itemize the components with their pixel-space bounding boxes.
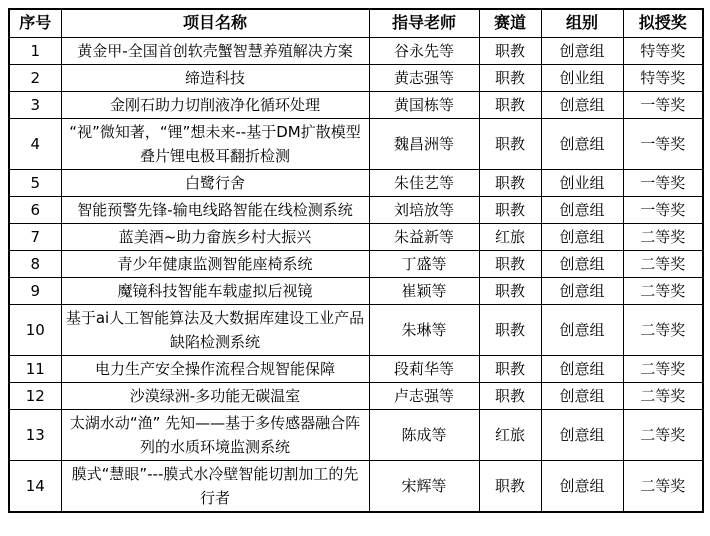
cell-track: 红旅 [479,223,541,250]
cell-project-name: “视”微知著，“锂”想未来--基于DM扩散模型叠片锂电极耳翻折检测 [61,118,369,169]
cell-project-name: 智能预警先锋-输电线路智能在线检测系统 [61,196,369,223]
cell-project-name: 黄金甲-全国首创软壳蟹智慧养殖解决方案 [61,37,369,64]
cell-award: 特等奖 [623,64,703,91]
cell-track: 红旅 [479,409,541,460]
cell-group: 创意组 [541,304,623,355]
cell-project-name: 缔造科技 [61,64,369,91]
table-row: 1 黄金甲-全国首创软壳蟹智慧养殖解决方案 谷永先等 职教 创意组 特等奖 [9,37,703,64]
column-header-award: 拟授奖 [623,9,703,37]
cell-project-name: 魔镜科技智能车载虚拟后视镜 [61,277,369,304]
cell-project-name: 太湖水动“渔” 先知——基于多传感器融合阵列的水质环境监测系统 [61,409,369,460]
cell-award: 二等奖 [623,460,703,512]
cell-project-name: 白鹭行舍 [61,169,369,196]
cell-group: 创意组 [541,196,623,223]
table-row: 5 白鹭行舍 朱佳艺等 职教 创业组 一等奖 [9,169,703,196]
cell-advisor: 朱琳等 [369,304,479,355]
cell-index: 8 [9,250,61,277]
cell-group: 创意组 [541,37,623,64]
cell-advisor: 黄国栋等 [369,91,479,118]
cell-track: 职教 [479,196,541,223]
table-row: 4 “视”微知著，“锂”想未来--基于DM扩散模型叠片锂电极耳翻折检测 魏昌洲等… [9,118,703,169]
cell-award: 二等奖 [623,250,703,277]
cell-index: 7 [9,223,61,250]
cell-project-name: 电力生产安全操作流程合规智能保障 [61,355,369,382]
cell-advisor: 魏昌洲等 [369,118,479,169]
cell-index: 9 [9,277,61,304]
cell-award: 二等奖 [623,304,703,355]
column-header-advisor: 指导老师 [369,9,479,37]
cell-award: 二等奖 [623,223,703,250]
column-header-index: 序号 [9,9,61,37]
cell-award: 二等奖 [623,355,703,382]
cell-project-name: 膜式“慧眼”---膜式水冷壁智能切割加工的先行者 [61,460,369,512]
cell-award: 二等奖 [623,409,703,460]
cell-project-name: 基于ai人工智能算法及大数据库建设工业产品缺陷检测系统 [61,304,369,355]
cell-advisor: 崔颖等 [369,277,479,304]
cell-advisor: 陈成等 [369,409,479,460]
table-row: 8 青少年健康监测智能座椅系统 丁盛等 职教 创意组 二等奖 [9,250,703,277]
award-table: 序号 项目名称 指导老师 赛道 组别 拟授奖 1 黄金甲-全国首创软壳蟹智慧养殖… [8,8,704,513]
cell-group: 创意组 [541,91,623,118]
cell-group: 创业组 [541,64,623,91]
cell-award: 一等奖 [623,91,703,118]
cell-advisor: 丁盛等 [369,250,479,277]
cell-group: 创意组 [541,118,623,169]
cell-track: 职教 [479,169,541,196]
cell-advisor: 黄志强等 [369,64,479,91]
cell-track: 职教 [479,250,541,277]
cell-track: 职教 [479,277,541,304]
cell-group: 创意组 [541,277,623,304]
cell-index: 11 [9,355,61,382]
award-table-body: 1 黄金甲-全国首创软壳蟹智慧养殖解决方案 谷永先等 职教 创意组 特等奖 2 … [9,37,703,512]
cell-group: 创意组 [541,382,623,409]
cell-award: 一等奖 [623,118,703,169]
table-row: 14 膜式“慧眼”---膜式水冷壁智能切割加工的先行者 宋辉等 职教 创意组 二… [9,460,703,512]
table-row: 12 沙漠绿洲-多功能无碳温室 卢志强等 职教 创意组 二等奖 [9,382,703,409]
cell-project-name: 青少年健康监测智能座椅系统 [61,250,369,277]
cell-index: 4 [9,118,61,169]
page: 序号 项目名称 指导老师 赛道 组别 拟授奖 1 黄金甲-全国首创软壳蟹智慧养殖… [0,0,710,536]
cell-index: 5 [9,169,61,196]
cell-track: 职教 [479,304,541,355]
cell-advisor: 朱益新等 [369,223,479,250]
column-header-project-name: 项目名称 [61,9,369,37]
cell-project-name: 蓝美酒~助力畲族乡村大振兴 [61,223,369,250]
table-row: 9 魔镜科技智能车载虚拟后视镜 崔颖等 职教 创意组 二等奖 [9,277,703,304]
cell-index: 12 [9,382,61,409]
cell-project-name: 金刚石助力切削液净化循环处理 [61,91,369,118]
column-header-track: 赛道 [479,9,541,37]
cell-advisor: 段莉华等 [369,355,479,382]
cell-award: 二等奖 [623,382,703,409]
cell-advisor: 谷永先等 [369,37,479,64]
cell-index: 14 [9,460,61,512]
cell-award: 一等奖 [623,196,703,223]
cell-group: 创意组 [541,460,623,512]
cell-award: 二等奖 [623,277,703,304]
cell-track: 职教 [479,64,541,91]
table-row: 6 智能预警先锋-输电线路智能在线检测系统 刘培放等 职教 创意组 一等奖 [9,196,703,223]
cell-track: 职教 [479,355,541,382]
cell-advisor: 宋辉等 [369,460,479,512]
cell-award: 特等奖 [623,37,703,64]
cell-advisor: 卢志强等 [369,382,479,409]
cell-index: 6 [9,196,61,223]
cell-index: 1 [9,37,61,64]
cell-group: 创意组 [541,223,623,250]
cell-advisor: 朱佳艺等 [369,169,479,196]
header-row: 序号 项目名称 指导老师 赛道 组别 拟授奖 [9,9,703,37]
cell-index: 3 [9,91,61,118]
award-table-header: 序号 项目名称 指导老师 赛道 组别 拟授奖 [9,9,703,37]
cell-award: 一等奖 [623,169,703,196]
cell-index: 10 [9,304,61,355]
table-row: 2 缔造科技 黄志强等 职教 创业组 特等奖 [9,64,703,91]
cell-track: 职教 [479,91,541,118]
table-row: 7 蓝美酒~助力畲族乡村大振兴 朱益新等 红旅 创意组 二等奖 [9,223,703,250]
cell-track: 职教 [479,37,541,64]
cell-track: 职教 [479,118,541,169]
table-row: 3 金刚石助力切削液净化循环处理 黄国栋等 职教 创意组 一等奖 [9,91,703,118]
cell-group: 创意组 [541,355,623,382]
cell-project-name: 沙漠绿洲-多功能无碳温室 [61,382,369,409]
table-row: 13 太湖水动“渔” 先知——基于多传感器融合阵列的水质环境监测系统 陈成等 红… [9,409,703,460]
cell-index: 2 [9,64,61,91]
cell-track: 职教 [479,382,541,409]
cell-advisor: 刘培放等 [369,196,479,223]
cell-group: 创意组 [541,250,623,277]
cell-track: 职教 [479,460,541,512]
table-row: 10 基于ai人工智能算法及大数据库建设工业产品缺陷检测系统 朱琳等 职教 创意… [9,304,703,355]
cell-group: 创业组 [541,169,623,196]
cell-group: 创意组 [541,409,623,460]
table-row: 11 电力生产安全操作流程合规智能保障 段莉华等 职教 创意组 二等奖 [9,355,703,382]
column-header-group: 组别 [541,9,623,37]
cell-index: 13 [9,409,61,460]
